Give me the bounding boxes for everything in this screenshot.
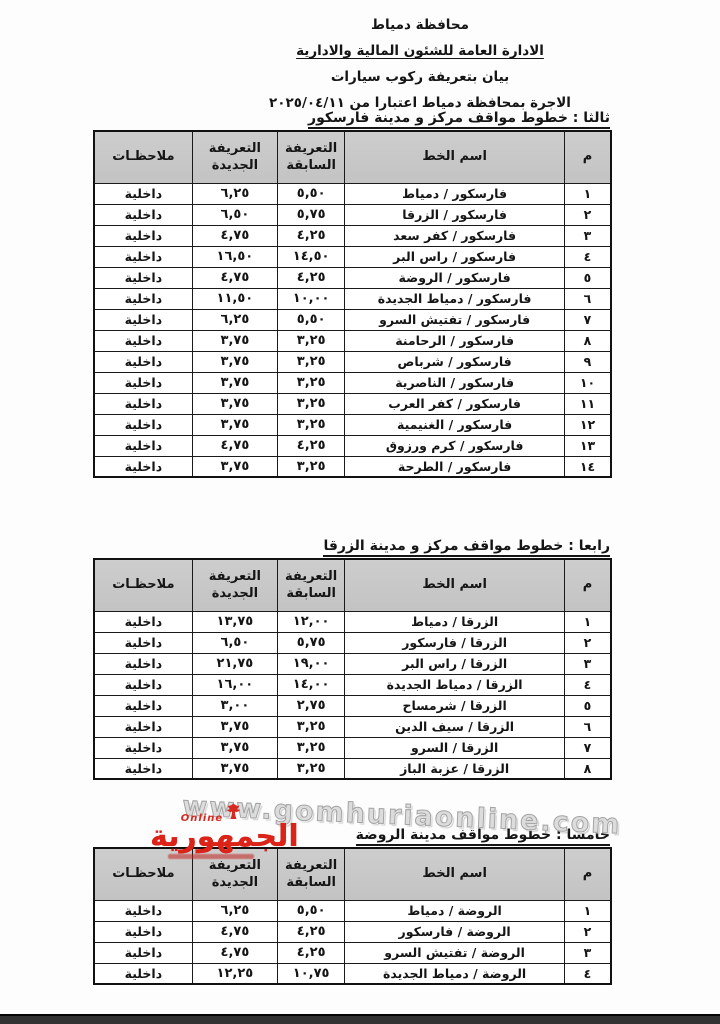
logo-slogan-strip xyxy=(168,854,254,859)
cell-line: فارسكور / شرباص xyxy=(345,351,565,372)
cell-prev: ٤,٢٥ xyxy=(278,225,345,246)
cell-notes: داخلية xyxy=(94,225,192,246)
table-row: ٨فارسكور / الرحامنة٣,٢٥٣,٧٥داخلية xyxy=(94,330,611,351)
cell-line: فارسكور / الغنيمية xyxy=(345,414,565,435)
cell-line: الزرقا / راس البر xyxy=(345,653,565,674)
cell-prev: ٤,٢٥ xyxy=(278,942,345,963)
cell-num: ٧ xyxy=(564,737,611,758)
table-row: ١الزرقا / دمياط١٢,٠٠١٣,٧٥داخلية xyxy=(94,611,611,632)
cell-notes: داخلية xyxy=(94,942,192,963)
document-header: محافظة دمياط الادارة العامة للشئون المال… xyxy=(235,12,605,116)
cell-prev: ١٤,٥٠ xyxy=(278,246,345,267)
table-row: ٦فارسكور / دمياط الجديدة١٠,٠٠١١,٥٠داخلية xyxy=(94,288,611,309)
col-header-notes: ملاحظـات xyxy=(94,131,192,183)
cell-line: الروضة / دمياط الجديدة xyxy=(345,963,565,984)
cell-line: الروضة / تفتيش السرو xyxy=(345,942,565,963)
cell-notes: داخلية xyxy=(94,351,192,372)
cell-prev: ٣,٢٥ xyxy=(278,737,345,758)
gomhuria-logo: Online الجمهورية xyxy=(150,804,272,859)
cell-notes: داخلية xyxy=(94,204,192,225)
cell-num: ١ xyxy=(564,183,611,204)
cell-prev: ٣,٢٥ xyxy=(278,372,345,393)
cell-notes: داخلية xyxy=(94,758,192,779)
fares-table-rawda: م اسم الخط التعريفة السابقة التعريفة الج… xyxy=(93,847,612,985)
cell-line: فارسكور / الطرحة xyxy=(345,456,565,477)
cell-line: فارسكور / كفر العرب xyxy=(345,393,565,414)
cell-new: ١٣,٧٥ xyxy=(192,611,277,632)
section-title: ثالثا : خطوط مواقف مركز و مدينة فارسكور xyxy=(93,110,610,126)
cell-num: ١٢ xyxy=(564,414,611,435)
table-row: ١١فارسكور / كفر العرب٣,٢٥٣,٧٥داخلية xyxy=(94,393,611,414)
cell-line: فارسكور / الزرقا xyxy=(345,204,565,225)
cell-new: ٢١,٧٥ xyxy=(192,653,277,674)
cell-notes: داخلية xyxy=(94,246,192,267)
fares-table-zarqa: م اسم الخط التعريفة السابقة التعريفة الج… xyxy=(93,558,612,780)
cell-num: ٢ xyxy=(564,204,611,225)
table-row: ٩فارسكور / شرباص٣,٢٥٣,٧٥داخلية xyxy=(94,351,611,372)
cell-prev: ٣,٢٥ xyxy=(278,393,345,414)
col-header-new-fare: التعريفة الجديدة xyxy=(192,559,277,611)
cell-new: ٤,٧٥ xyxy=(192,225,277,246)
col-header-line-name: اسم الخط xyxy=(345,559,565,611)
table-row: ٥الزرقا / شرمساح٢,٧٥٣,٠٠داخلية xyxy=(94,695,611,716)
col-header-line-name: اسم الخط xyxy=(345,848,565,900)
cell-notes: داخلية xyxy=(94,372,192,393)
cell-num: ٢ xyxy=(564,632,611,653)
governorate-title: محافظة دمياط xyxy=(235,12,605,38)
cell-line: فارسكور / دمياط الجديدة xyxy=(345,288,565,309)
cell-notes: داخلية xyxy=(94,921,192,942)
table-row: ٢فارسكور / الزرقا٥,٧٥٦,٥٠داخلية xyxy=(94,204,611,225)
cell-line: الزرقا / شرمساح xyxy=(345,695,565,716)
cell-num: ٧ xyxy=(564,309,611,330)
table-row: ٦الزرقا / سيف الدين٣,٢٥٣,٧٥داخلية xyxy=(94,716,611,737)
cell-line: فارسكور / الرحامنة xyxy=(345,330,565,351)
col-header-line-name: اسم الخط xyxy=(345,131,565,183)
cell-num: ٦ xyxy=(564,288,611,309)
table-row: ٤فارسكور / راس البر١٤,٥٠١٦,٥٠داخلية xyxy=(94,246,611,267)
table-row: ٥فارسكور / الروضة٤,٢٥٤,٧٥داخلية xyxy=(94,267,611,288)
table-row: ٤الروضة / دمياط الجديدة١٠,٧٥١٢,٢٥داخلية xyxy=(94,963,611,984)
table-header: م اسم الخط التعريفة السابقة التعريفة الج… xyxy=(94,559,611,611)
table-row: ٣الروضة / تفتيش السرو٤,٢٥٤,٧٥داخلية xyxy=(94,942,611,963)
cell-notes: داخلية xyxy=(94,330,192,351)
cell-num: ٣ xyxy=(564,942,611,963)
cell-new: ٤,٧٥ xyxy=(192,921,277,942)
col-header-new-fare: التعريفة الجديدة xyxy=(192,131,277,183)
cell-num: ١٤ xyxy=(564,456,611,477)
cell-prev: ٥,٥٠ xyxy=(278,183,345,204)
cell-line: فارسكور / الناصرية xyxy=(345,372,565,393)
scan-edge-bar xyxy=(0,1014,720,1024)
cell-notes: داخلية xyxy=(94,716,192,737)
cell-notes: داخلية xyxy=(94,267,192,288)
cell-prev: ٣,٢٥ xyxy=(278,716,345,737)
cell-num: ١٠ xyxy=(564,372,611,393)
table-row: ٨الزرقا / عزبة الباز٣,٢٥٣,٧٥داخلية xyxy=(94,758,611,779)
cell-line: الزرقا / فارسكور xyxy=(345,632,565,653)
cell-num: ٣ xyxy=(564,225,611,246)
cell-line: الزرقا / دمياط الجديدة xyxy=(345,674,565,695)
cell-new: ٦,٥٠ xyxy=(192,632,277,653)
cell-notes: داخلية xyxy=(94,414,192,435)
statement-subject: بيان بتعريفة ركوب سيارات xyxy=(235,64,605,90)
table-row: ٧الزرقا / السرو٣,٢٥٣,٧٥داخلية xyxy=(94,737,611,758)
cell-new: ٦,٢٥ xyxy=(192,183,277,204)
col-header-num: م xyxy=(564,131,611,183)
cell-num: ٣ xyxy=(564,653,611,674)
cell-num: ٩ xyxy=(564,351,611,372)
cell-notes: داخلية xyxy=(94,183,192,204)
cell-notes: داخلية xyxy=(94,963,192,984)
cell-line: الزرقا / سيف الدين xyxy=(345,716,565,737)
cell-new: ٣,٧٥ xyxy=(192,351,277,372)
cell-num: ٨ xyxy=(564,330,611,351)
cell-notes: داخلية xyxy=(94,309,192,330)
col-header-prev-fare: التعريفة السابقة xyxy=(278,848,345,900)
cell-new: ٤,٧٥ xyxy=(192,267,277,288)
cell-new: ٣,٧٥ xyxy=(192,456,277,477)
cell-line: فارسكور / كرم ورزوق xyxy=(345,435,565,456)
table-row: ١٤فارسكور / الطرحة٣,٢٥٣,٧٥داخلية xyxy=(94,456,611,477)
cell-line: فارسكور / دمياط xyxy=(345,183,565,204)
cell-new: ٣,٧٥ xyxy=(192,737,277,758)
cell-num: ٥ xyxy=(564,267,611,288)
fares-table-farskour: م اسم الخط التعريفة السابقة التعريفة الج… xyxy=(93,130,612,478)
cell-notes: داخلية xyxy=(94,288,192,309)
cell-num: ٤ xyxy=(564,674,611,695)
cell-new: ٤,٧٥ xyxy=(192,942,277,963)
table-row: ٤الزرقا / دمياط الجديدة١٤,٠٠١٦,٠٠داخلية xyxy=(94,674,611,695)
cell-new: ٦,٥٠ xyxy=(192,204,277,225)
table-row: ٢الروضة / فارسكور٤,٢٥٤,٧٥داخلية xyxy=(94,921,611,942)
cell-prev: ٥,٥٠ xyxy=(278,900,345,921)
cell-notes: داخلية xyxy=(94,737,192,758)
table-row: ١٣فارسكور / كرم ورزوق٤,٢٥٤,٧٥داخلية xyxy=(94,435,611,456)
cell-new: ٣,٧٥ xyxy=(192,414,277,435)
cell-line: فارسكور / راس البر xyxy=(345,246,565,267)
cell-line: الزرقا / عزبة الباز xyxy=(345,758,565,779)
cell-line: فارسكور / تفتيش السرو xyxy=(345,309,565,330)
cell-prev: ٣,٢٥ xyxy=(278,456,345,477)
cell-prev: ٥,٧٥ xyxy=(278,632,345,653)
cell-prev: ٤,٢٥ xyxy=(278,921,345,942)
cell-num: ١ xyxy=(564,900,611,921)
cell-new: ٦,٢٥ xyxy=(192,900,277,921)
cell-notes: داخلية xyxy=(94,674,192,695)
table-row: ٢الزرقا / فارسكور٥,٧٥٦,٥٠داخلية xyxy=(94,632,611,653)
table-row: ١الروضة / دمياط٥,٥٠٦,٢٥داخلية xyxy=(94,900,611,921)
cell-num: ٤ xyxy=(564,246,611,267)
col-header-prev-fare: التعريفة السابقة xyxy=(278,559,345,611)
cell-prev: ١٠,٠٠ xyxy=(278,288,345,309)
cell-line: فارسكور / الروضة xyxy=(345,267,565,288)
table-row: ٧فارسكور / تفتيش السرو٥,٥٠٦,٢٥داخلية xyxy=(94,309,611,330)
cell-new: ٣,٧٥ xyxy=(192,758,277,779)
cell-notes: داخلية xyxy=(94,611,192,632)
cell-num: ١١ xyxy=(564,393,611,414)
cell-new: ١٦,٠٠ xyxy=(192,674,277,695)
table-header: م اسم الخط التعريفة السابقة التعريفة الج… xyxy=(94,131,611,183)
cell-line: الزرقا / السرو xyxy=(345,737,565,758)
cell-notes: داخلية xyxy=(94,900,192,921)
cell-new: ١٢,٢٥ xyxy=(192,963,277,984)
cell-new: ٣,٧٥ xyxy=(192,716,277,737)
cell-line: فارسكور / كفر سعد xyxy=(345,225,565,246)
cell-num: ٦ xyxy=(564,716,611,737)
cell-prev: ٣,٢٥ xyxy=(278,414,345,435)
cell-num: ١ xyxy=(564,611,611,632)
cell-notes: داخلية xyxy=(94,456,192,477)
cell-prev: ٢,٧٥ xyxy=(278,695,345,716)
cell-prev: ٥,٥٠ xyxy=(278,309,345,330)
cell-num: ٥ xyxy=(564,695,611,716)
cell-line: الزرقا / دمياط xyxy=(345,611,565,632)
cell-prev: ٣,٢٥ xyxy=(278,351,345,372)
cell-notes: داخلية xyxy=(94,393,192,414)
col-header-prev-fare: التعريفة السابقة xyxy=(278,131,345,183)
section-title: رابعا : خطوط مواقف مركز و مدينة الزرقا xyxy=(93,538,610,554)
table-row: ١٢فارسكور / الغنيمية٣,٢٥٣,٧٥داخلية xyxy=(94,414,611,435)
table-row: ١فارسكور / دمياط٥,٥٠٦,٢٥داخلية xyxy=(94,183,611,204)
cell-new: ٣,٠٠ xyxy=(192,695,277,716)
cell-new: ٣,٧٥ xyxy=(192,393,277,414)
cell-new: ١٦,٥٠ xyxy=(192,246,277,267)
cell-prev: ٣,٢٥ xyxy=(278,758,345,779)
cell-notes: داخلية xyxy=(94,653,192,674)
table-row: ٣الزرقا / راس البر١٩,٠٠٢١,٧٥داخلية xyxy=(94,653,611,674)
cell-notes: داخلية xyxy=(94,632,192,653)
col-header-num: م xyxy=(564,559,611,611)
table-row: ٣فارسكور / كفر سعد٤,٢٥٤,٧٥داخلية xyxy=(94,225,611,246)
cell-notes: داخلية xyxy=(94,695,192,716)
cell-new: ٤,٧٥ xyxy=(192,435,277,456)
cell-prev: ١٢,٠٠ xyxy=(278,611,345,632)
cell-new: ٣,٧٥ xyxy=(192,330,277,351)
department-title: الادارة العامة للشئون المالية والادارية xyxy=(235,38,605,64)
cell-num: ٢ xyxy=(564,921,611,942)
cell-line: الروضة / فارسكور xyxy=(345,921,565,942)
cell-prev: ١٠,٧٥ xyxy=(278,963,345,984)
cell-num: ١٣ xyxy=(564,435,611,456)
section-farskour: ثالثا : خطوط مواقف مركز و مدينة فارسكور … xyxy=(93,110,612,478)
scanned-document-page: محافظة دمياط الادارة العامة للشئون المال… xyxy=(0,0,720,1024)
section-zarqa: رابعا : خطوط مواقف مركز و مدينة الزرقا م… xyxy=(93,538,612,780)
col-header-notes: ملاحظـات xyxy=(94,559,192,611)
logo-gomhuria-wordmark: الجمهورية xyxy=(150,822,272,852)
cell-prev: ٤,٢٥ xyxy=(278,267,345,288)
cell-line: الروضة / دمياط xyxy=(345,900,565,921)
cell-num: ٨ xyxy=(564,758,611,779)
cell-prev: ٥,٧٥ xyxy=(278,204,345,225)
cell-prev: ١٩,٠٠ xyxy=(278,653,345,674)
col-header-num: م xyxy=(564,848,611,900)
cell-num: ٤ xyxy=(564,963,611,984)
cell-new: ١١,٥٠ xyxy=(192,288,277,309)
cell-prev: ٤,٢٥ xyxy=(278,435,345,456)
cell-prev: ١٤,٠٠ xyxy=(278,674,345,695)
cell-prev: ٣,٢٥ xyxy=(278,330,345,351)
cell-new: ٦,٢٥ xyxy=(192,309,277,330)
table-row: ١٠فارسكور / الناصرية٣,٢٥٣,٧٥داخلية xyxy=(94,372,611,393)
cell-notes: داخلية xyxy=(94,435,192,456)
cell-new: ٣,٧٥ xyxy=(192,372,277,393)
